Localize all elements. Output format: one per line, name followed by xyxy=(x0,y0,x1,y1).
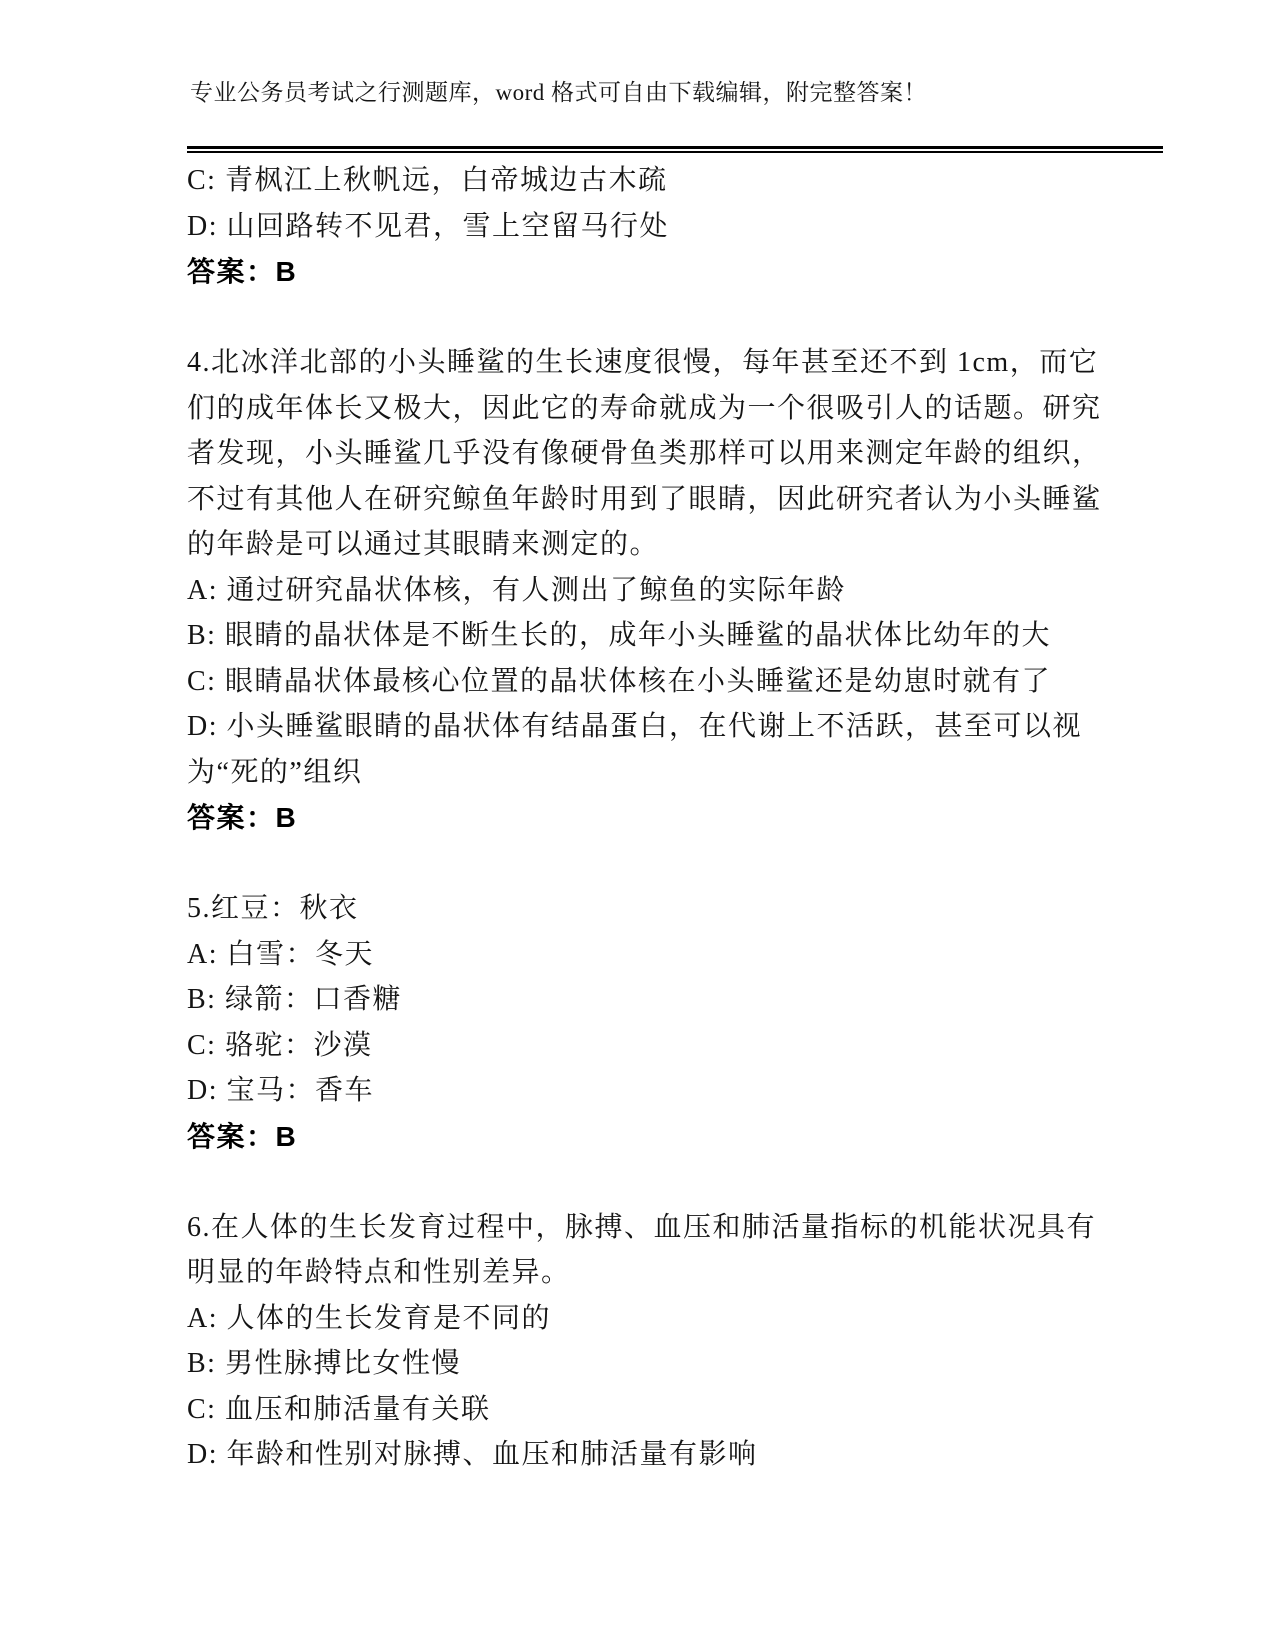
question-4-option-a: A: 通过研究晶状体核，有人测出了鲸鱼的实际年龄 xyxy=(187,568,1107,614)
question-5-option-c: C: 骆驼：沙漠 xyxy=(187,1023,1107,1069)
question-5-option-a: A: 白雪：冬天 xyxy=(187,932,1107,978)
header-disclaimer-text: 专业公务员考试之行测题库，word 格式可自由下载编辑，附完整答案！ xyxy=(190,78,1180,108)
header-double-rule xyxy=(187,146,1163,153)
question-3-option-d: D: 山回路转不见君，雪上空留马行处 xyxy=(187,204,1107,250)
question-6-stem: 6.在人体的生长发育过程中，脉搏、血压和肺活量指标的机能状况具有明显的年龄特点和… xyxy=(187,1205,1107,1296)
question-4-option-d: D: 小头睡鲨眼睛的晶状体有结晶蛋白，在代谢上不活跃，甚至可以视为“死的”组织 xyxy=(187,704,1107,795)
question-5-option-d: D: 宝马：香车 xyxy=(187,1068,1107,1114)
exam-document-page: 专业公务员考试之行测题库，word 格式可自由下载编辑，附完整答案！ C: 青枫… xyxy=(0,0,1275,1650)
question-6-block: 6.在人体的生长发育过程中，脉搏、血压和肺活量指标的机能状况具有明显的年龄特点和… xyxy=(187,1205,1107,1478)
question-6-option-a: A: 人体的生长发育是不同的 xyxy=(187,1296,1107,1342)
question-3-tail-block: C: 青枫江上秋帆远，白帝城边古木疏 D: 山回路转不见君，雪上空留马行处 答案… xyxy=(187,158,1107,295)
question-5-option-b: B: 绿箭：口香糖 xyxy=(187,977,1107,1023)
question-5-stem: 5.红豆：秋衣 xyxy=(187,886,1107,932)
question-4-stem: 4.北冰洋北部的小头睡鲨的生长速度很慢，每年甚至还不到 1cm，而它们的成年体长… xyxy=(187,340,1107,568)
question-6-option-b: B: 男性脉搏比女性慢 xyxy=(187,1341,1107,1387)
question-6-option-d: D: 年龄和性别对脉搏、血压和肺活量有影响 xyxy=(187,1432,1107,1478)
question-4-answer: 答案：B xyxy=(187,795,1107,841)
questions-area: C: 青枫江上秋帆远，白帝城边古木疏 D: 山回路转不见君，雪上空留马行处 答案… xyxy=(187,158,1107,1478)
question-3-option-c: C: 青枫江上秋帆远，白帝城边古木疏 xyxy=(187,158,1107,204)
question-3-answer: 答案：B xyxy=(187,249,1107,295)
question-4-block: 4.北冰洋北部的小头睡鲨的生长速度很慢，每年甚至还不到 1cm，而它们的成年体长… xyxy=(187,340,1107,841)
question-4-option-b: B: 眼睛的晶状体是不断生长的，成年小头睡鲨的晶状体比幼年的大 xyxy=(187,613,1107,659)
question-5-answer: 答案：B xyxy=(187,1114,1107,1160)
question-6-option-c: C: 血压和肺活量有关联 xyxy=(187,1387,1107,1433)
question-4-option-c: C: 眼睛晶状体最核心位置的晶状体核在小头睡鲨还是幼崽时就有了 xyxy=(187,659,1107,705)
question-5-block: 5.红豆：秋衣 A: 白雪：冬天 B: 绿箭：口香糖 C: 骆驼：沙漠 D: 宝… xyxy=(187,886,1107,1159)
